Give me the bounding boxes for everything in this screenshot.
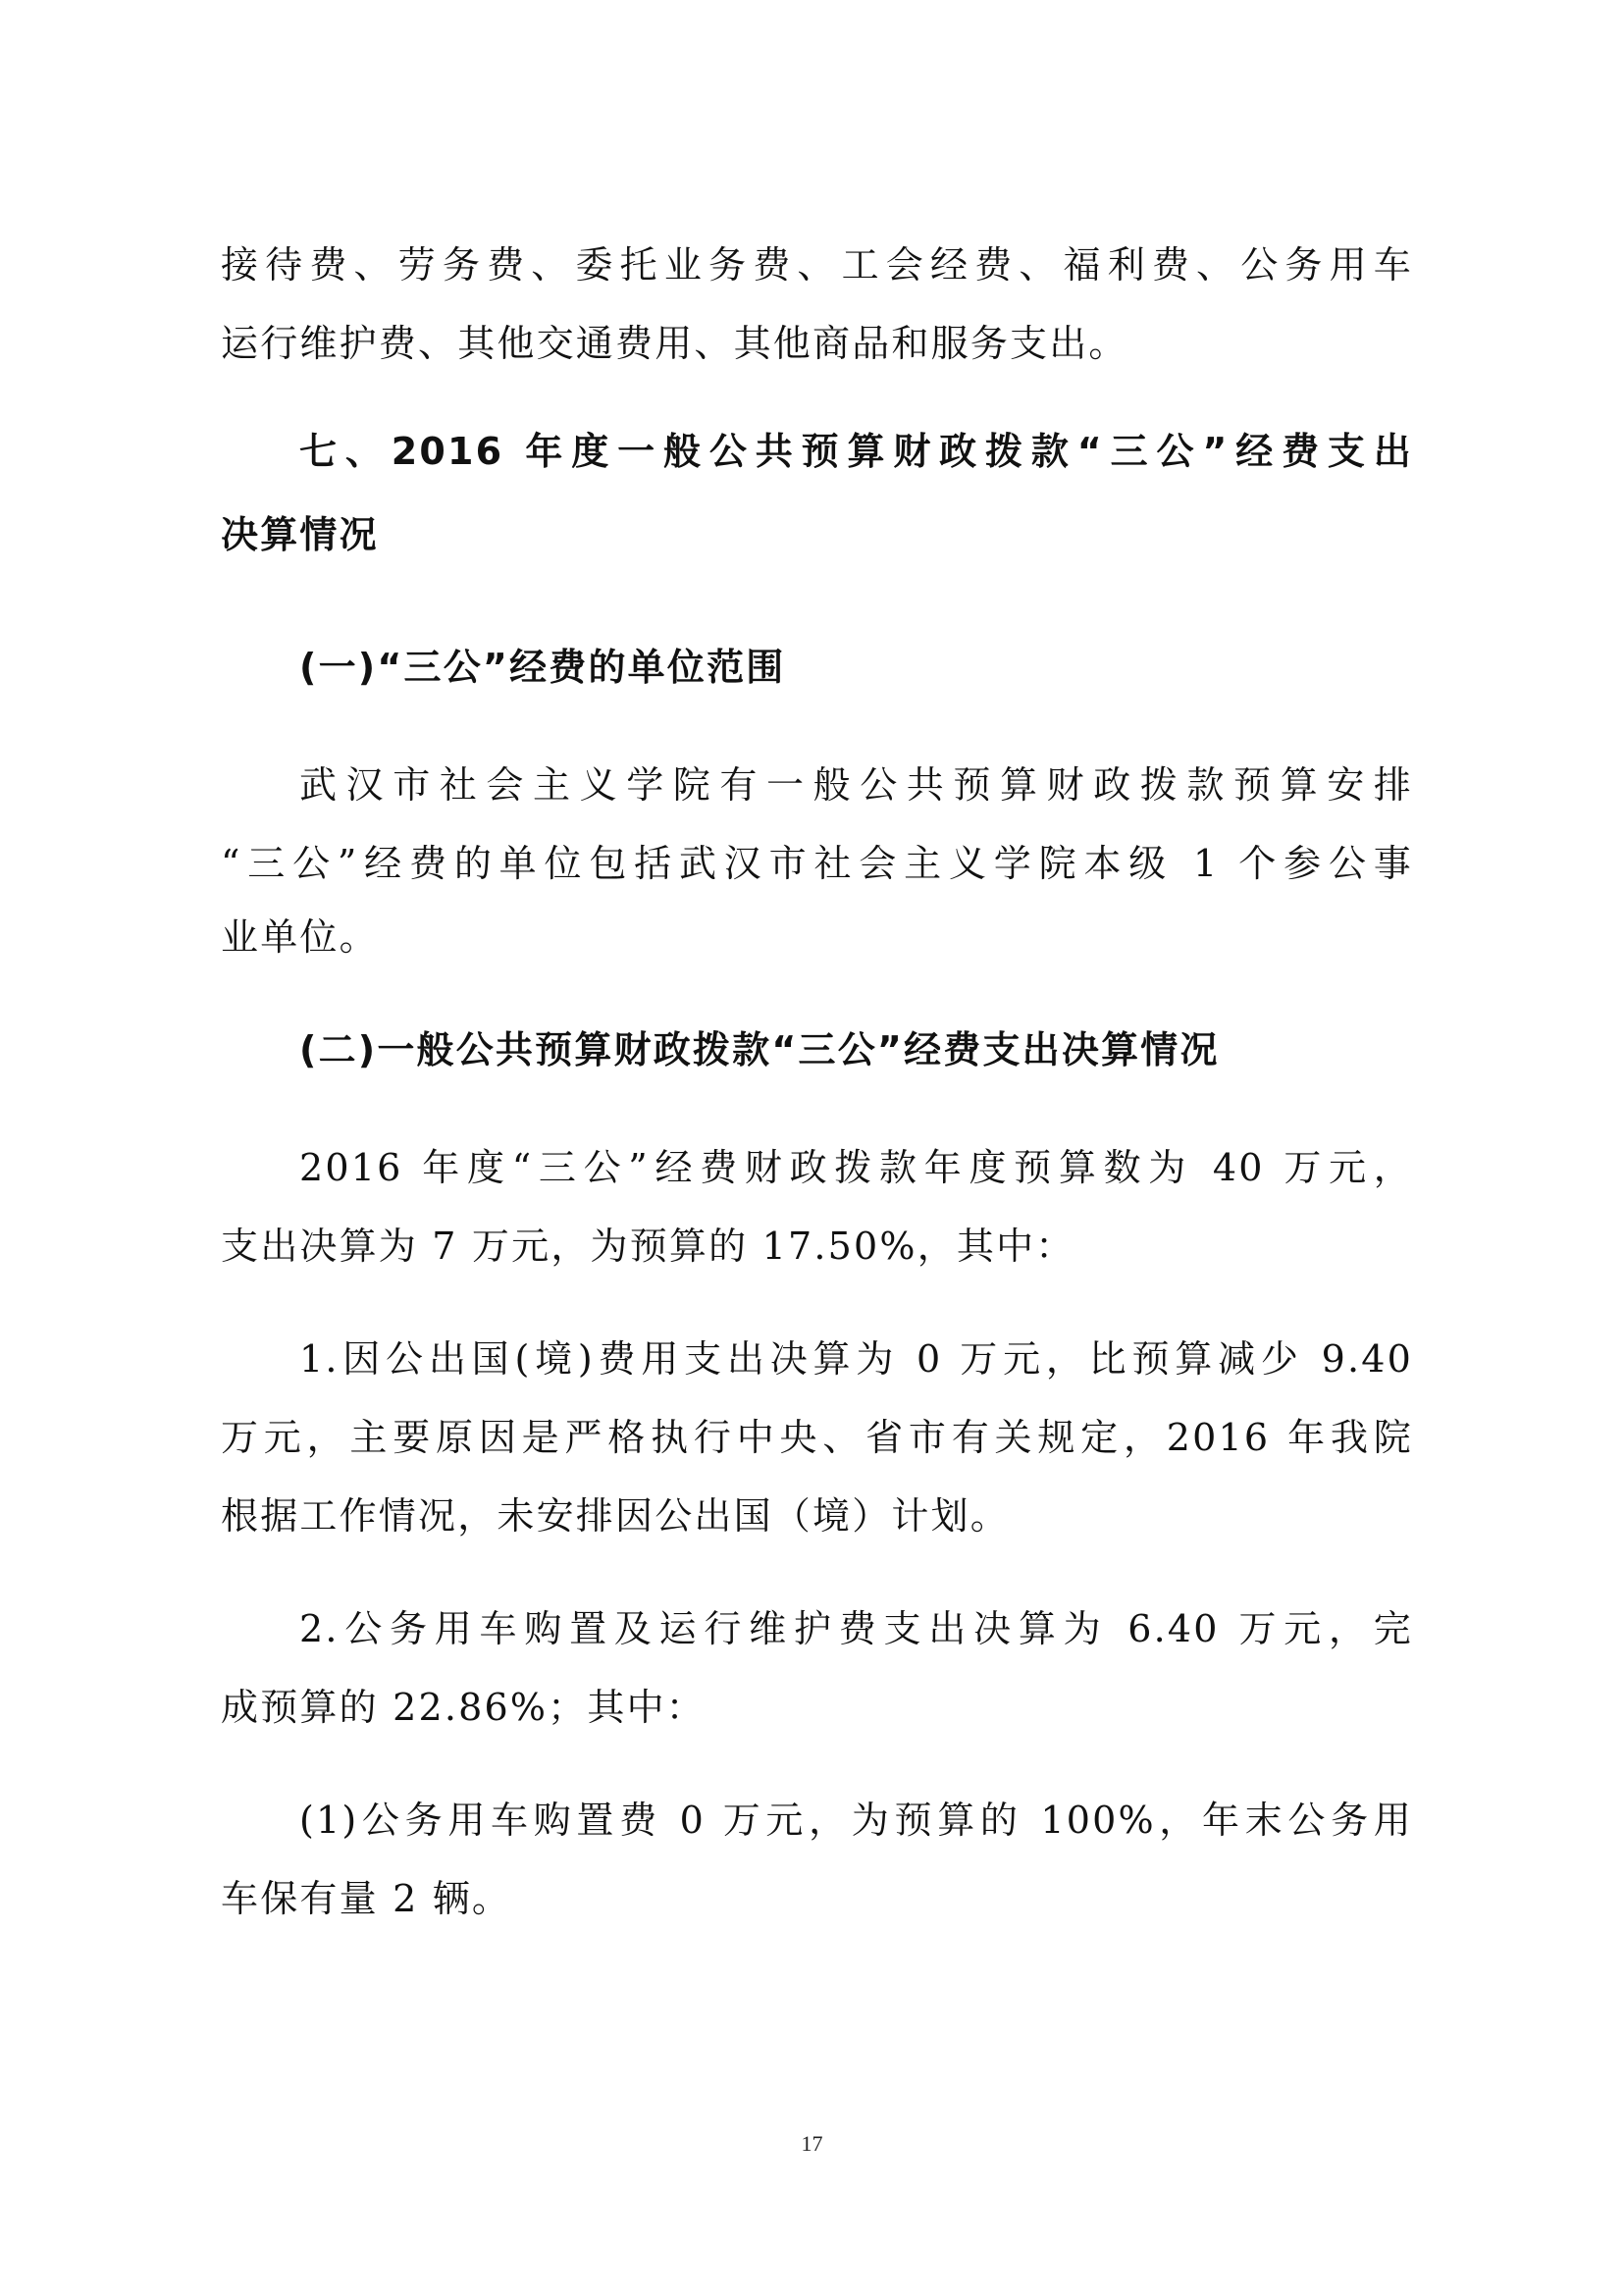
document-page: 接待费、劳务费、委托业务费、工会经费、福利费、公务用车 运行维护费、其他交通费用… bbox=[0, 0, 1624, 2296]
page-number: 17 bbox=[0, 2131, 1624, 2157]
paragraph-line: 武汉市社会主义学院有一般公共预算财政拨款预算安排 bbox=[299, 760, 1413, 809]
paragraph-line: 成预算的 22.86%；其中： bbox=[221, 1683, 1413, 1732]
paragraph-line: 2016 年度“三公”经费财政拨款年度预算数为 40 万元， bbox=[299, 1143, 1413, 1192]
paragraph-line: “三公”经费的单位包括武汉市社会主义学院本级 1 个参公事 bbox=[221, 839, 1413, 888]
paragraph-line: 业单位。 bbox=[221, 913, 1413, 962]
paragraph-line: 万元，主要原因是严格执行中央、省市有关规定，2016 年我院 bbox=[221, 1413, 1413, 1462]
section-heading: 决算情况 bbox=[221, 510, 1413, 559]
paragraph-line: 接待费、劳务费、委托业务费、工会经费、福利费、公务用车 bbox=[221, 240, 1413, 289]
paragraph-line: 根据工作情况，未安排因公出国（境）计划。 bbox=[221, 1491, 1413, 1540]
section-heading: 七、2016 年度一般公共预算财政拨款“三公”经费支出 bbox=[299, 427, 1413, 476]
paragraph-line: 1.因公出国(境)费用支出决算为 0 万元，比预算减少 9.40 bbox=[299, 1334, 1413, 1383]
paragraph-line: 支出决算为 7 万元，为预算的 17.50%，其中： bbox=[221, 1222, 1413, 1271]
paragraph-line: 运行维护费、其他交通费用、其他商品和服务支出。 bbox=[221, 319, 1413, 368]
paragraph-line: (1)公务用车购置费 0 万元，为预算的 100%，年末公务用 bbox=[299, 1796, 1413, 1845]
subsection-heading: (一)“三公”经费的单位范围 bbox=[299, 643, 1413, 692]
paragraph-line: 车保有量 2 辆。 bbox=[221, 1874, 1413, 1923]
paragraph-line: 2.公务用车购置及运行维护费支出决算为 6.40 万元，完 bbox=[299, 1604, 1413, 1653]
subsection-heading: (二)一般公共预算财政拨款“三公”经费支出决算情况 bbox=[299, 1025, 1413, 1074]
